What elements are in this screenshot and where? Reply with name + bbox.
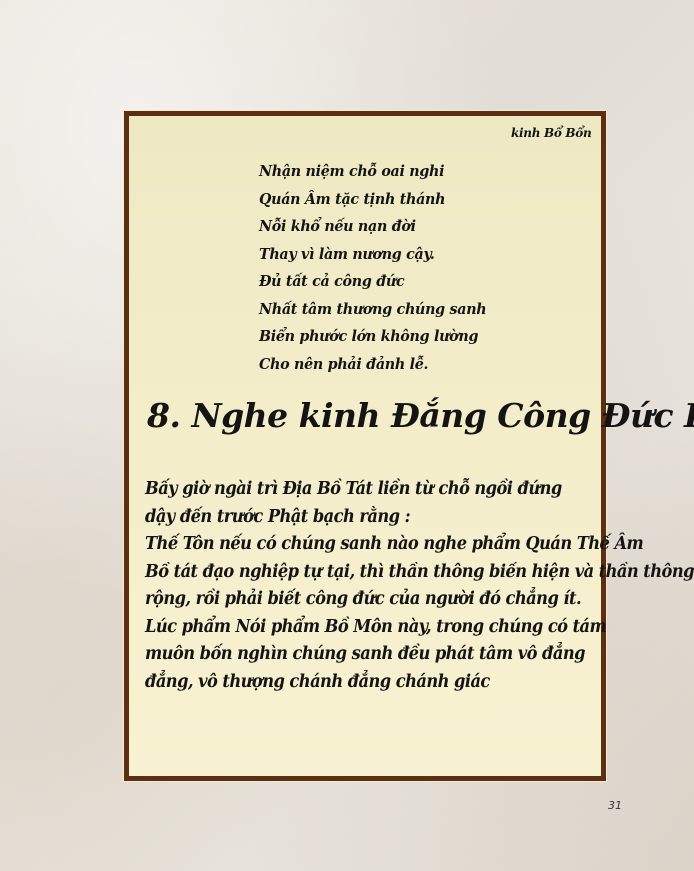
verse-line: Nhất tâm thương chúng sanh — [259, 296, 486, 324]
verse-line: Biển phước lớn không lường — [259, 323, 486, 351]
paragraph-line: Bồ tát đạo nghiệp tự tại, thì thần thông… — [145, 559, 694, 587]
page-number: 31 — [608, 799, 622, 812]
paragraph-line: đẳng, vô thượng chánh đẳng chánh giác — [145, 669, 694, 697]
paragraph-block: Bấy giờ ngài trì Địa Bồ Tát liền từ chỗ … — [145, 476, 694, 696]
manuscript-page: kinh Bổ Bổn Nhận niệm chỗ oai nghi Quán … — [124, 111, 606, 781]
paragraph-line: dậy đến trước Phật bạch rằng : — [145, 504, 694, 532]
verse-line: Nhận niệm chỗ oai nghi — [259, 158, 486, 186]
verse-line: Cho nên phải đảnh lễ. — [259, 351, 486, 379]
verse-line: Thay vì làm nương cậy. — [259, 241, 486, 269]
verse-line: Quán Âm tặc tịnh thánh — [259, 186, 486, 214]
paragraph-line: Lúc phẩm Nói phẩm Bồ Môn này, trong chún… — [145, 614, 694, 642]
paragraph-line: Bấy giờ ngài trì Địa Bồ Tát liền từ chỗ … — [145, 476, 694, 504]
paragraph-line: Thế Tôn nếu có chúng sanh nào nghe phẩm … — [145, 531, 694, 559]
section-heading: 8. Nghe kinh Đắng Công Đức Lớn — [147, 396, 694, 435]
verse-line: Nỗi khổ nếu nạn đời — [259, 213, 486, 241]
paragraph-line: rộng, rồi phải biết công đức của người đ… — [145, 586, 694, 614]
paragraph-line: muôn bốn nghìn chúng sanh đều phát tâm v… — [145, 641, 694, 669]
verse-block: Nhận niệm chỗ oai nghi Quán Âm tặc tịnh … — [259, 158, 498, 378]
verse-line: Đủ tất cả công đức — [259, 268, 486, 296]
header-note: kinh Bổ Bổn — [511, 126, 591, 140]
